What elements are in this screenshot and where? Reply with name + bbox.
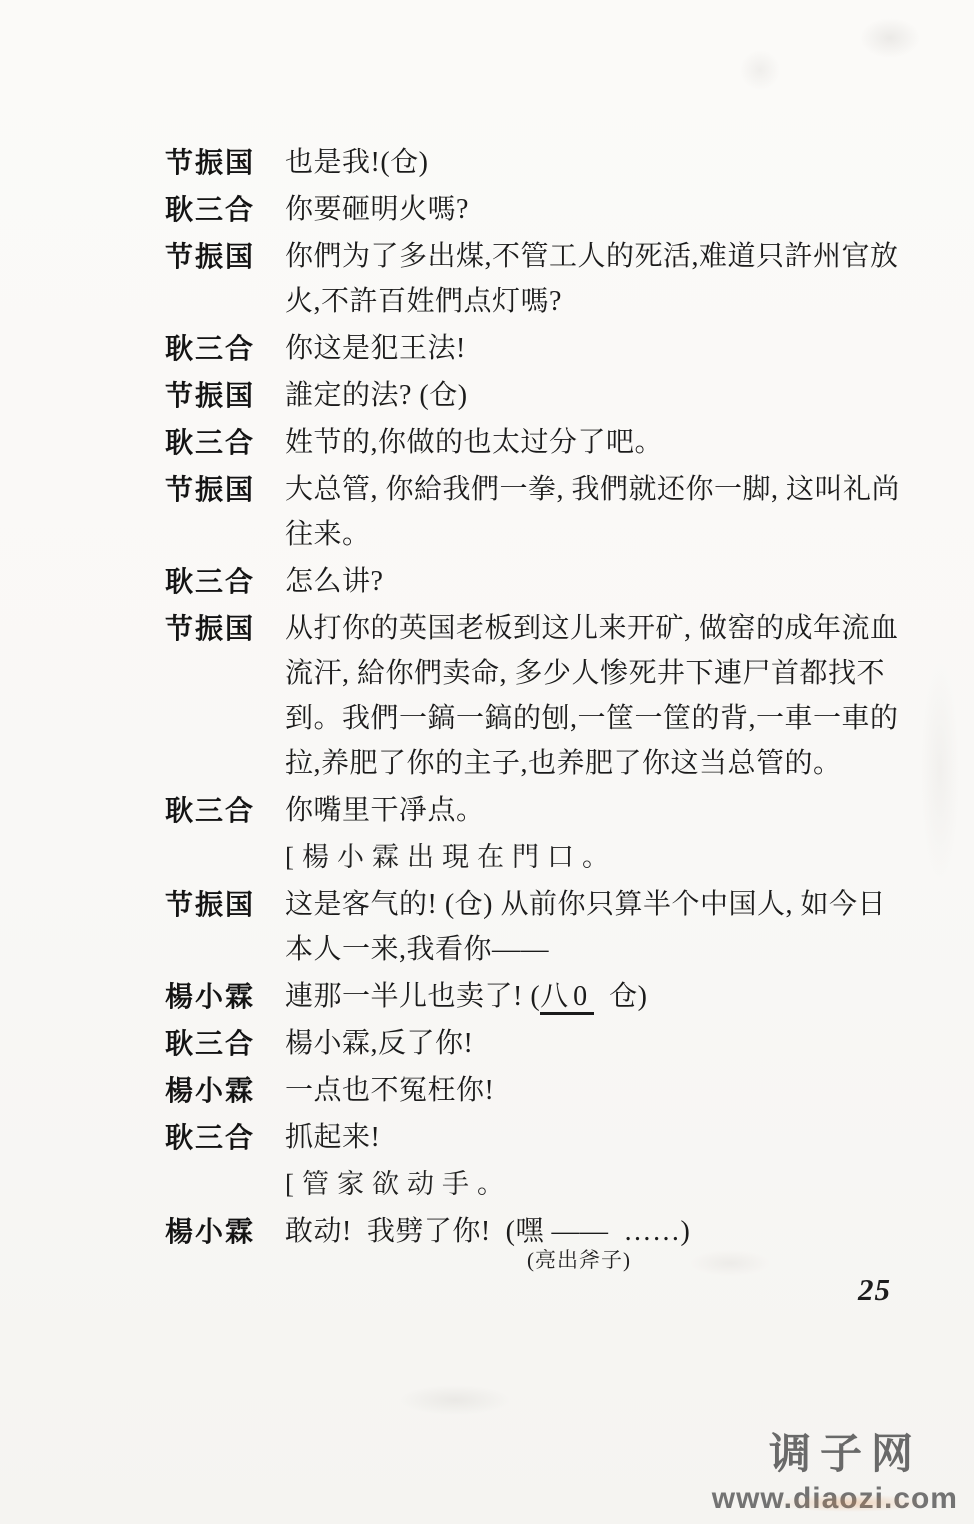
- watermark-site-url: www.diaozi.com: [712, 1482, 958, 1516]
- stage-direction-row: [楊小霖出現在門口。: [165, 835, 945, 880]
- dialogue-text: 你要砸明火嗎?: [285, 187, 469, 232]
- speaker-name: 耿三合: [165, 187, 257, 232]
- dialogue-text: 从打你的英国老板到这儿来开矿, 做窑的成年流血 流汗, 給你們卖命, 多少人惨死…: [285, 606, 899, 786]
- dialogue-text: 大总管, 你給我們一拳, 我們就还你一脚, 这叫礼尚 往来。: [285, 467, 900, 557]
- scan-smudge: [740, 50, 780, 90]
- dialogue-row: 节振国也是我!(仓): [165, 140, 945, 185]
- script-content: 节振国也是我!(仓)耿三合你要砸明火嗎?节振国你們为了多出煤,不管工人的死活,难…: [165, 140, 945, 1275]
- speaker-name: 楊小霖: [165, 974, 257, 1019]
- dialogue-text: 誰定的法? (仓): [285, 373, 468, 418]
- dialogue-text: 姓节的,你做的也太过分了吧。: [285, 420, 663, 465]
- dialogue-row: 节振国大总管, 你給我們一拳, 我們就还你一脚, 这叫礼尚 往来。: [165, 467, 945, 557]
- scan-smudge: [860, 18, 920, 58]
- speaker-name: 节振国: [165, 234, 257, 324]
- dialogue-text: 这是客气的! (仓) 从前你只算半个中国人, 如今日 本人一来,我看你——: [285, 882, 886, 972]
- speaker-name: 节振国: [165, 606, 257, 786]
- speaker-name: 耿三合: [165, 420, 257, 465]
- speaker-name: 耿三合: [165, 788, 257, 833]
- speaker-name: 楊小霖: [165, 1209, 257, 1273]
- dialogue-row: 耿三合抓起来!: [165, 1115, 945, 1160]
- dialogue-text: 敢动! 我劈了你! (嘿 —— ……)(亮出斧子): [285, 1209, 690, 1273]
- dialogue-text: 怎么讲?: [285, 559, 383, 604]
- dialogue-text: 抓起来!: [285, 1115, 380, 1160]
- dialogue-row: 节振国这是客气的! (仓) 从前你只算半个中国人, 如今日 本人一来,我看你——: [165, 882, 945, 972]
- speaker-name: 耿三合: [165, 1021, 257, 1066]
- speaker-name: 节振国: [165, 467, 257, 557]
- dialogue-row: 节振国誰定的法? (仓): [165, 373, 945, 418]
- stage-direction-row: [管家欲动手。: [165, 1162, 945, 1207]
- speaker-name: 节振国: [165, 140, 257, 185]
- dialogue-text: 你嘴里干凈点。: [285, 788, 485, 833]
- speaker-name: 节振国: [165, 373, 257, 418]
- dialogue-row: 耿三合你要砸明火嗎?: [165, 187, 945, 232]
- dialogue-text: 一点也不冤枉你!: [285, 1068, 494, 1113]
- stage-note: (亮出斧子): [527, 1248, 690, 1273]
- dialogue-text: 楊小霖,反了你!: [285, 1021, 473, 1066]
- dialogue-text: 連那一半儿也卖了! (八0 仓): [285, 974, 648, 1019]
- speaker-name: 耿三合: [165, 1115, 257, 1160]
- speaker-name: 耿三合: [165, 559, 257, 604]
- underlined-notation: 八0: [540, 981, 594, 1015]
- dialogue-text: 你这是犯王法!: [285, 326, 466, 371]
- page-number: 25: [858, 1272, 891, 1308]
- dialogue-row: 楊小霖連那一半儿也卖了! (八0 仓): [165, 974, 945, 1019]
- stage-direction-text: [管家欲动手。: [285, 1162, 512, 1207]
- dialogue-text: 你們为了多出煤,不管工人的死活,难道只許州官放 火,不許百姓們点灯嗎?: [285, 234, 899, 324]
- dialogue-row: 楊小霖敢动! 我劈了你! (嘿 —— ……)(亮出斧子): [165, 1209, 945, 1273]
- dialogue-row: 节振国从打你的英国老板到这儿来开矿, 做窑的成年流血 流汗, 給你們卖命, 多少…: [165, 606, 945, 786]
- watermark: 调子网 www.diaozi.com: [712, 1421, 958, 1516]
- book-page: 节振国也是我!(仓)耿三合你要砸明火嗎?节振国你們为了多出煤,不管工人的死活,难…: [0, 0, 974, 1524]
- dialogue-row: 耿三合姓节的,你做的也太过分了吧。: [165, 420, 945, 465]
- dialogue-text: 也是我!(仓): [285, 140, 428, 185]
- speaker-name: 耿三合: [165, 326, 257, 371]
- dialogue-row: 耿三合你这是犯王法!: [165, 326, 945, 371]
- scan-smudge: [400, 1385, 510, 1415]
- dialogue-row: 耿三合你嘴里干凈点。: [165, 788, 945, 833]
- speaker-name: 楊小霖: [165, 1068, 257, 1113]
- dialogue-row: 耿三合怎么讲?: [165, 559, 945, 604]
- dialogue-row: 耿三合楊小霖,反了你!: [165, 1021, 945, 1066]
- dialogue-row: 楊小霖一点也不冤枉你!: [165, 1068, 945, 1113]
- stage-direction-text: [楊小霖出現在門口。: [285, 835, 617, 880]
- speaker-name: 节振国: [165, 882, 257, 972]
- watermark-site-name: 调子网: [712, 1421, 922, 1481]
- dialogue-row: 节振国你們为了多出煤,不管工人的死活,难道只許州官放 火,不許百姓們点灯嗎?: [165, 234, 945, 324]
